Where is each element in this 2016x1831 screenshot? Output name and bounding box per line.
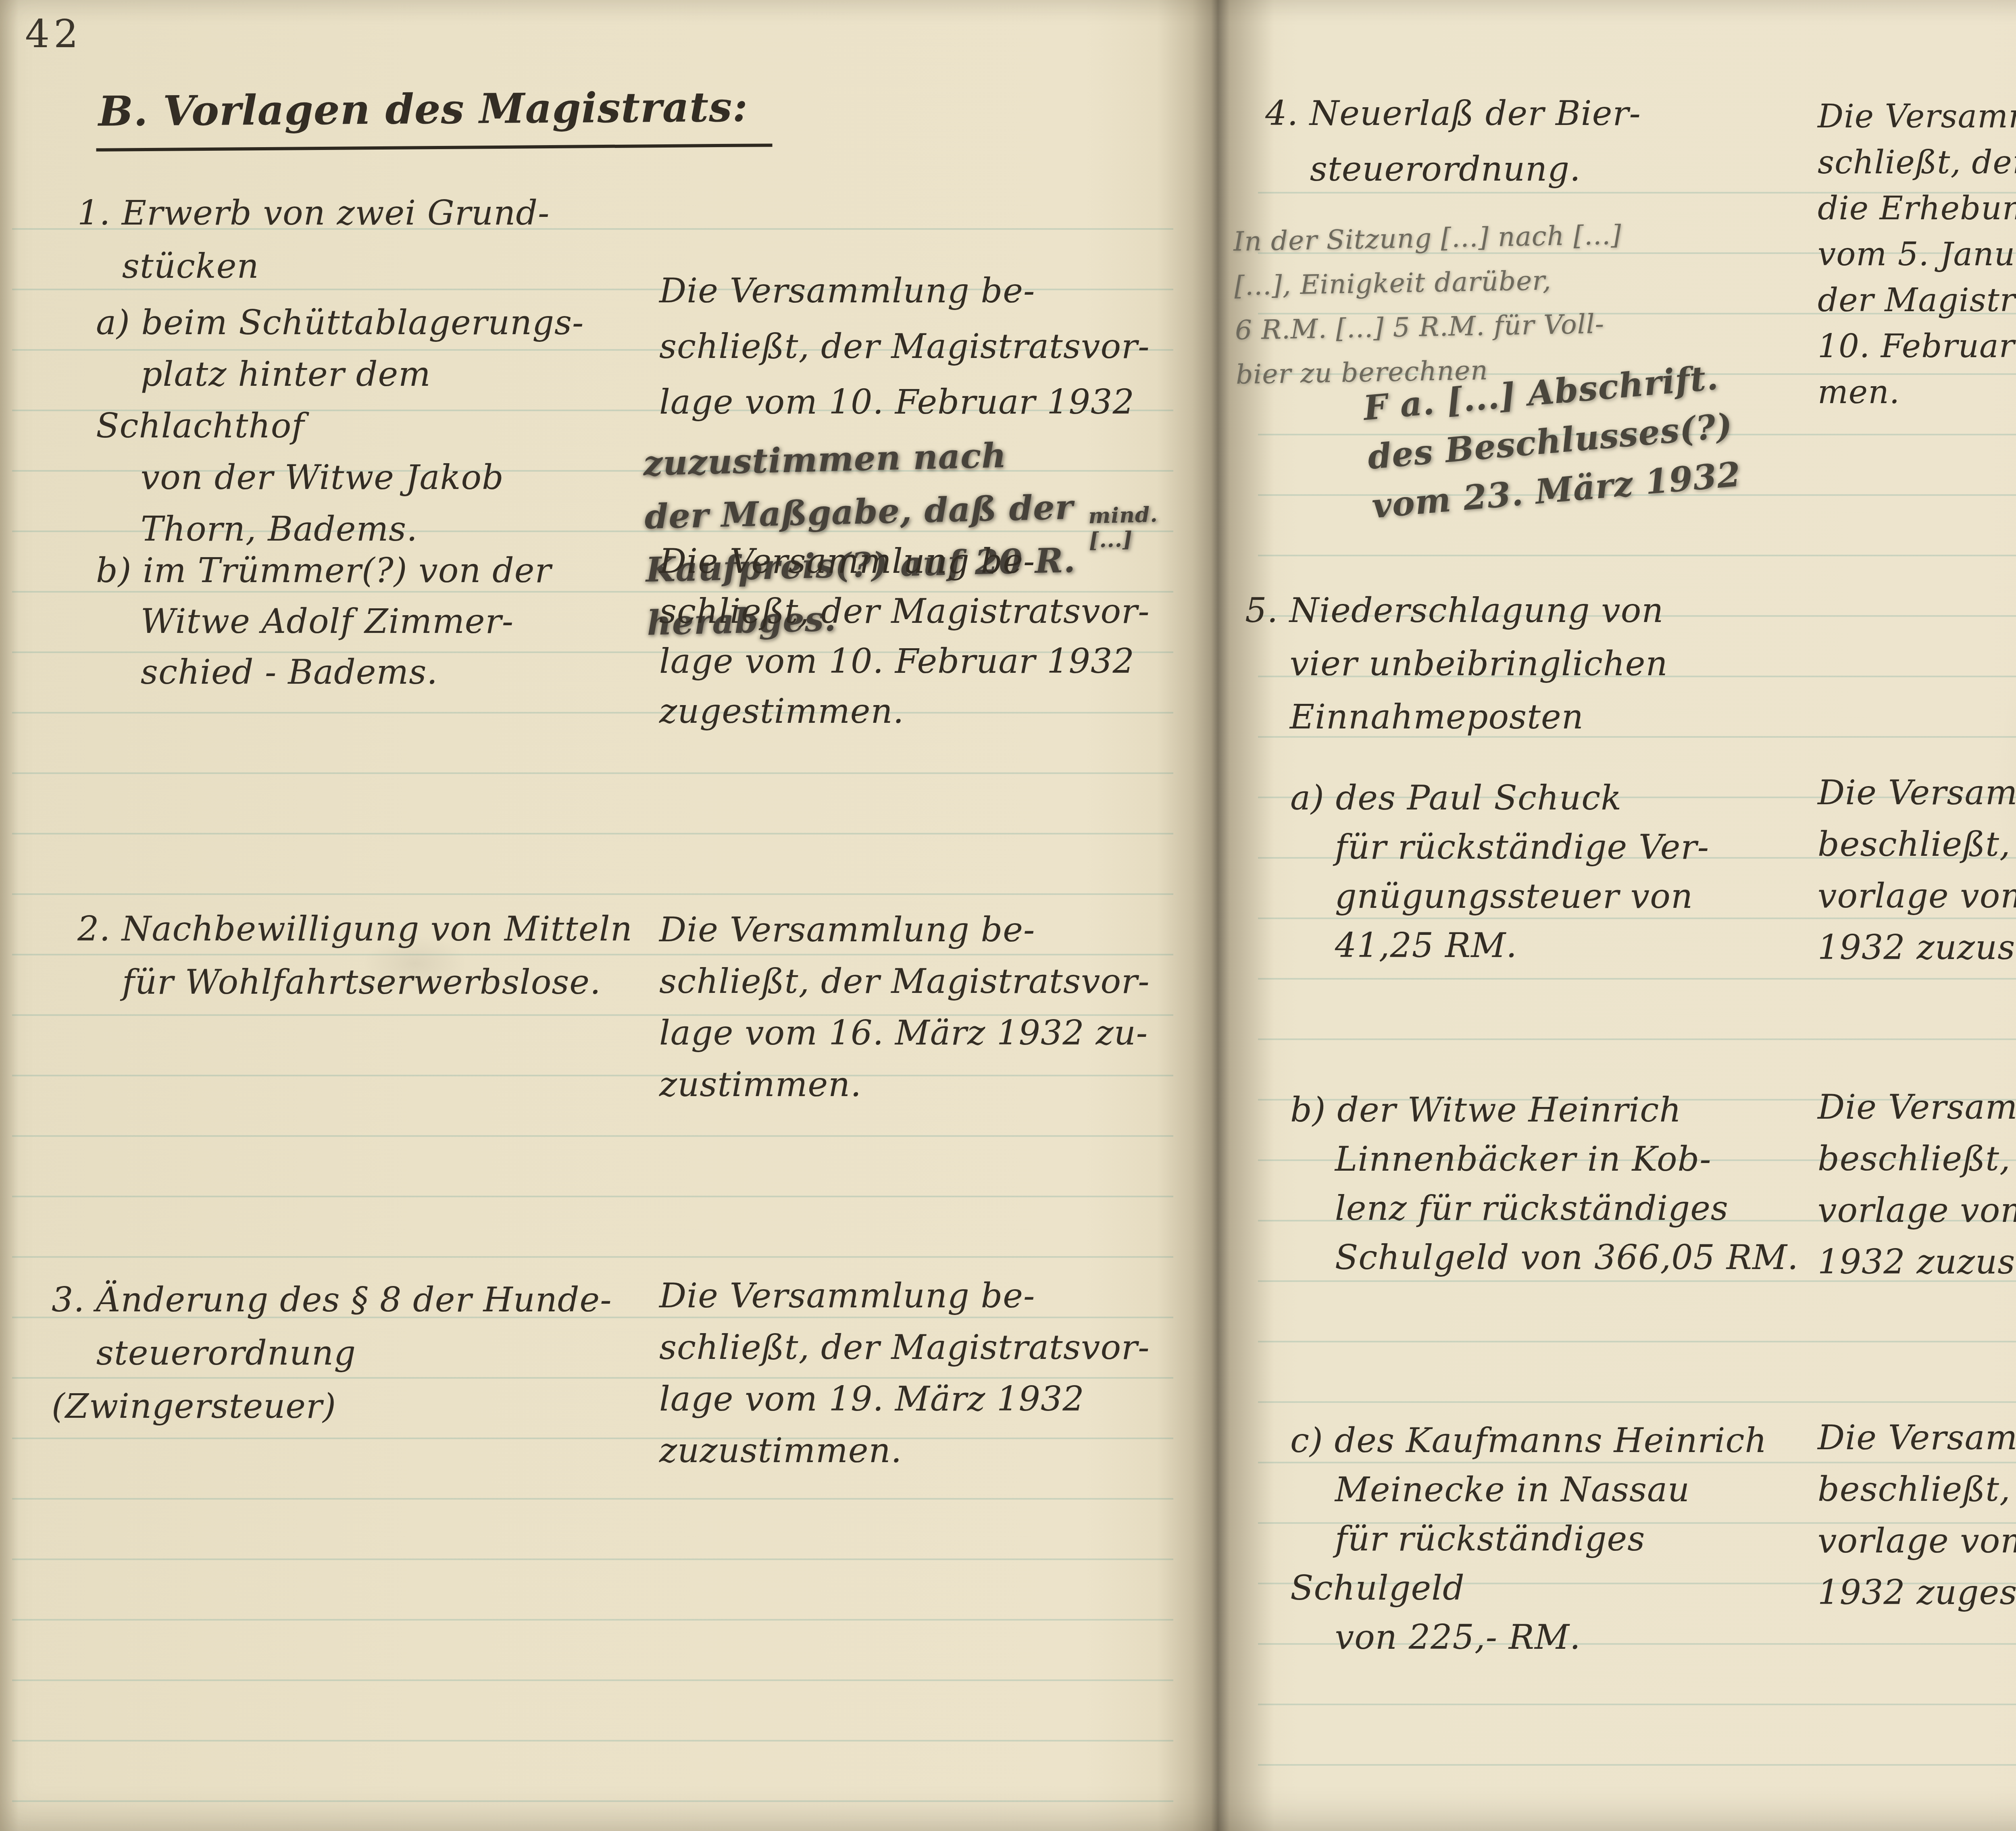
book-spread: 42 43 B. Vorlagen des Magistrats: 1. Erw… — [0, 0, 2016, 1831]
item-5-title: 5. Niederschlagung von vier unbeibringli… — [1245, 584, 1801, 743]
resolution-3: Die Versammlung be- schließt, der Magist… — [659, 1270, 1195, 1476]
item-1b-text: b) im Trümmer(?) von der Witwe Adolf Zim… — [96, 545, 632, 697]
page-edge-left — [0, 0, 19, 1831]
page-number-42: 42 — [25, 11, 82, 56]
resolution-5b: Die Versammlung beschließt, der Magistra… — [1818, 1081, 2016, 1288]
item-3-title: 3. Änderung des § 8 der Hunde- steuerord… — [52, 1273, 644, 1433]
item-4-title: 4. Neuerlaß der Bier- steuerordnung. — [1265, 85, 1801, 197]
resolution-1b: Die Versammlung be- schließt, der Magist… — [659, 536, 1195, 736]
item-5a-text: a) des Paul Schuck für rückständige Ver-… — [1290, 773, 1806, 970]
resolution-5c: Die Versammlung beschließt, der Magistra… — [1818, 1412, 2016, 1618]
section-heading: B. Vorlagen des Magistrats: — [96, 81, 772, 151]
resolution-1a-ink: Die Versammlung be- schließt, der Magist… — [659, 263, 1195, 430]
resolution-4: Die Versammlung be- schließt, der Ordnun… — [1818, 94, 2016, 415]
item-5b-text: b) der Witwe Heinrich Linnenbäcker in Ko… — [1290, 1085, 1806, 1282]
item-2-title: 2. Nachbewilligung von Mitteln für Wohlf… — [77, 902, 654, 1009]
resolution-2: Die Versammlung be- schließt, der Magist… — [659, 904, 1195, 1110]
item-5c-text: c) des Kaufmanns Heinrich Meinecke in Na… — [1290, 1416, 1806, 1662]
item-1-title: 1. Erwerb von zwei Grund- stücken — [77, 186, 634, 293]
item-1a-text: a) beim Schüttablagerungs- platz hinter … — [96, 297, 632, 555]
resolution-5a: Die Versammlung beschließt, der Magistra… — [1818, 767, 2016, 973]
